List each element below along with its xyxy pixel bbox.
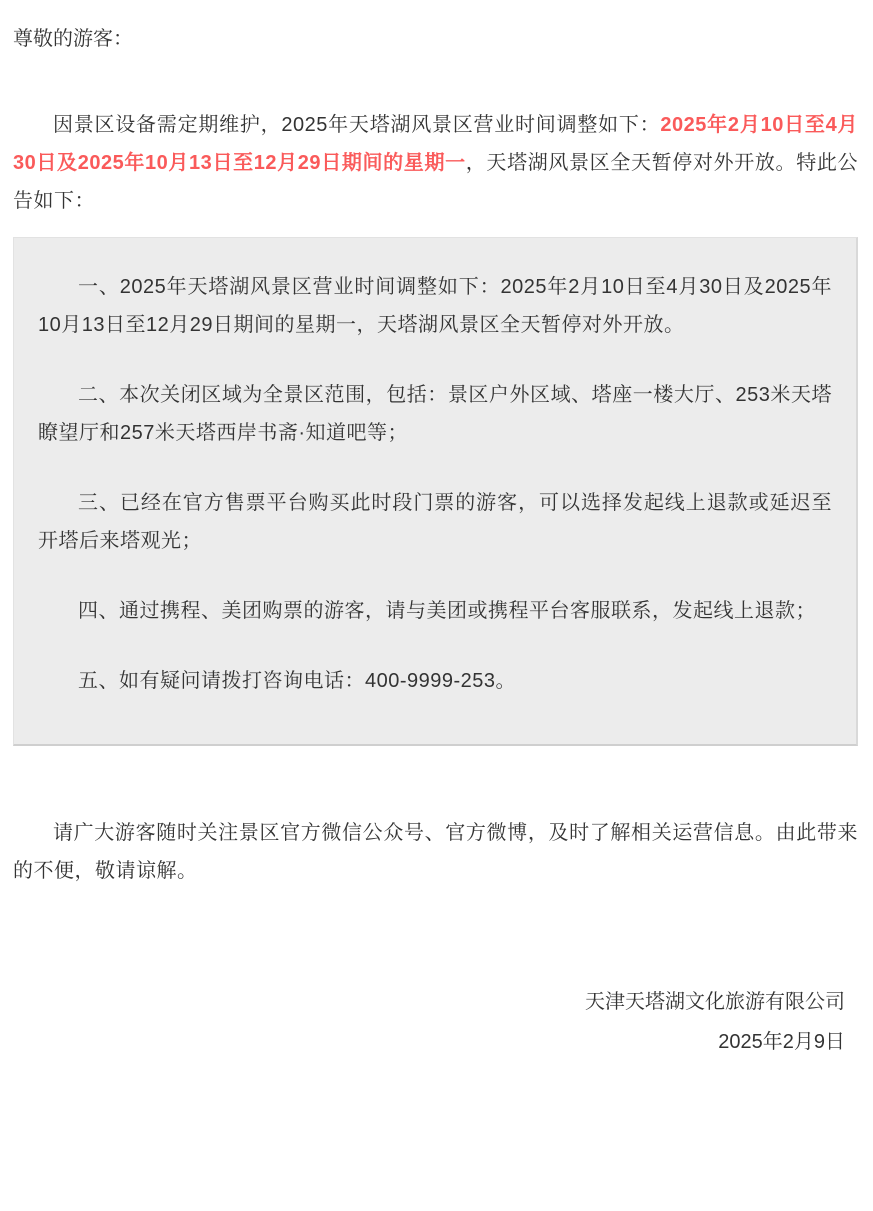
- notice-box: 一、2025年天塔湖风景区营业时间调整如下：2025年2月10日至4月30日及2…: [13, 237, 858, 746]
- signature-company: 天津天塔湖文化旅游有限公司: [13, 982, 845, 1022]
- signature-block: 天津天塔湖文化旅游有限公司 2025年2月9日: [13, 982, 858, 1062]
- notice-item-4: 四、通过携程、美团购票的游客，请与美团或携程平台客服联系，发起线上退款；: [38, 592, 832, 630]
- notice-item-3: 三、已经在官方售票平台购买此时段门票的游客，可以选择发起线上退款或延迟至开塔后来…: [38, 484, 832, 560]
- notice-item-2: 二、本次关闭区域为全景区范围，包括：景区户外区域、塔座一楼大厅、253米天塔瞭望…: [38, 376, 832, 452]
- intro-paragraph: 因景区设备需定期维护，2025年天塔湖风景区营业时间调整如下：2025年2月10…: [13, 106, 858, 220]
- notice-page: 尊敬的游客： 因景区设备需定期维护，2025年天塔湖风景区营业时间调整如下：20…: [0, 0, 873, 1211]
- notice-item-5: 五、如有疑问请拨打咨询电话：400-9999-253。: [38, 662, 832, 700]
- greeting: 尊敬的游客：: [13, 20, 858, 58]
- intro-text-before: 因景区设备需定期维护，2025年天塔湖风景区营业时间调整如下：: [53, 114, 660, 136]
- signature-date: 2025年2月9日: [13, 1022, 845, 1062]
- notice-item-1: 一、2025年天塔湖风景区营业时间调整如下：2025年2月10日至4月30日及2…: [38, 268, 832, 344]
- closing-paragraph: 请广大游客随时关注景区官方微信公众号、官方微博，及时了解相关运营信息。由此带来的…: [13, 814, 858, 890]
